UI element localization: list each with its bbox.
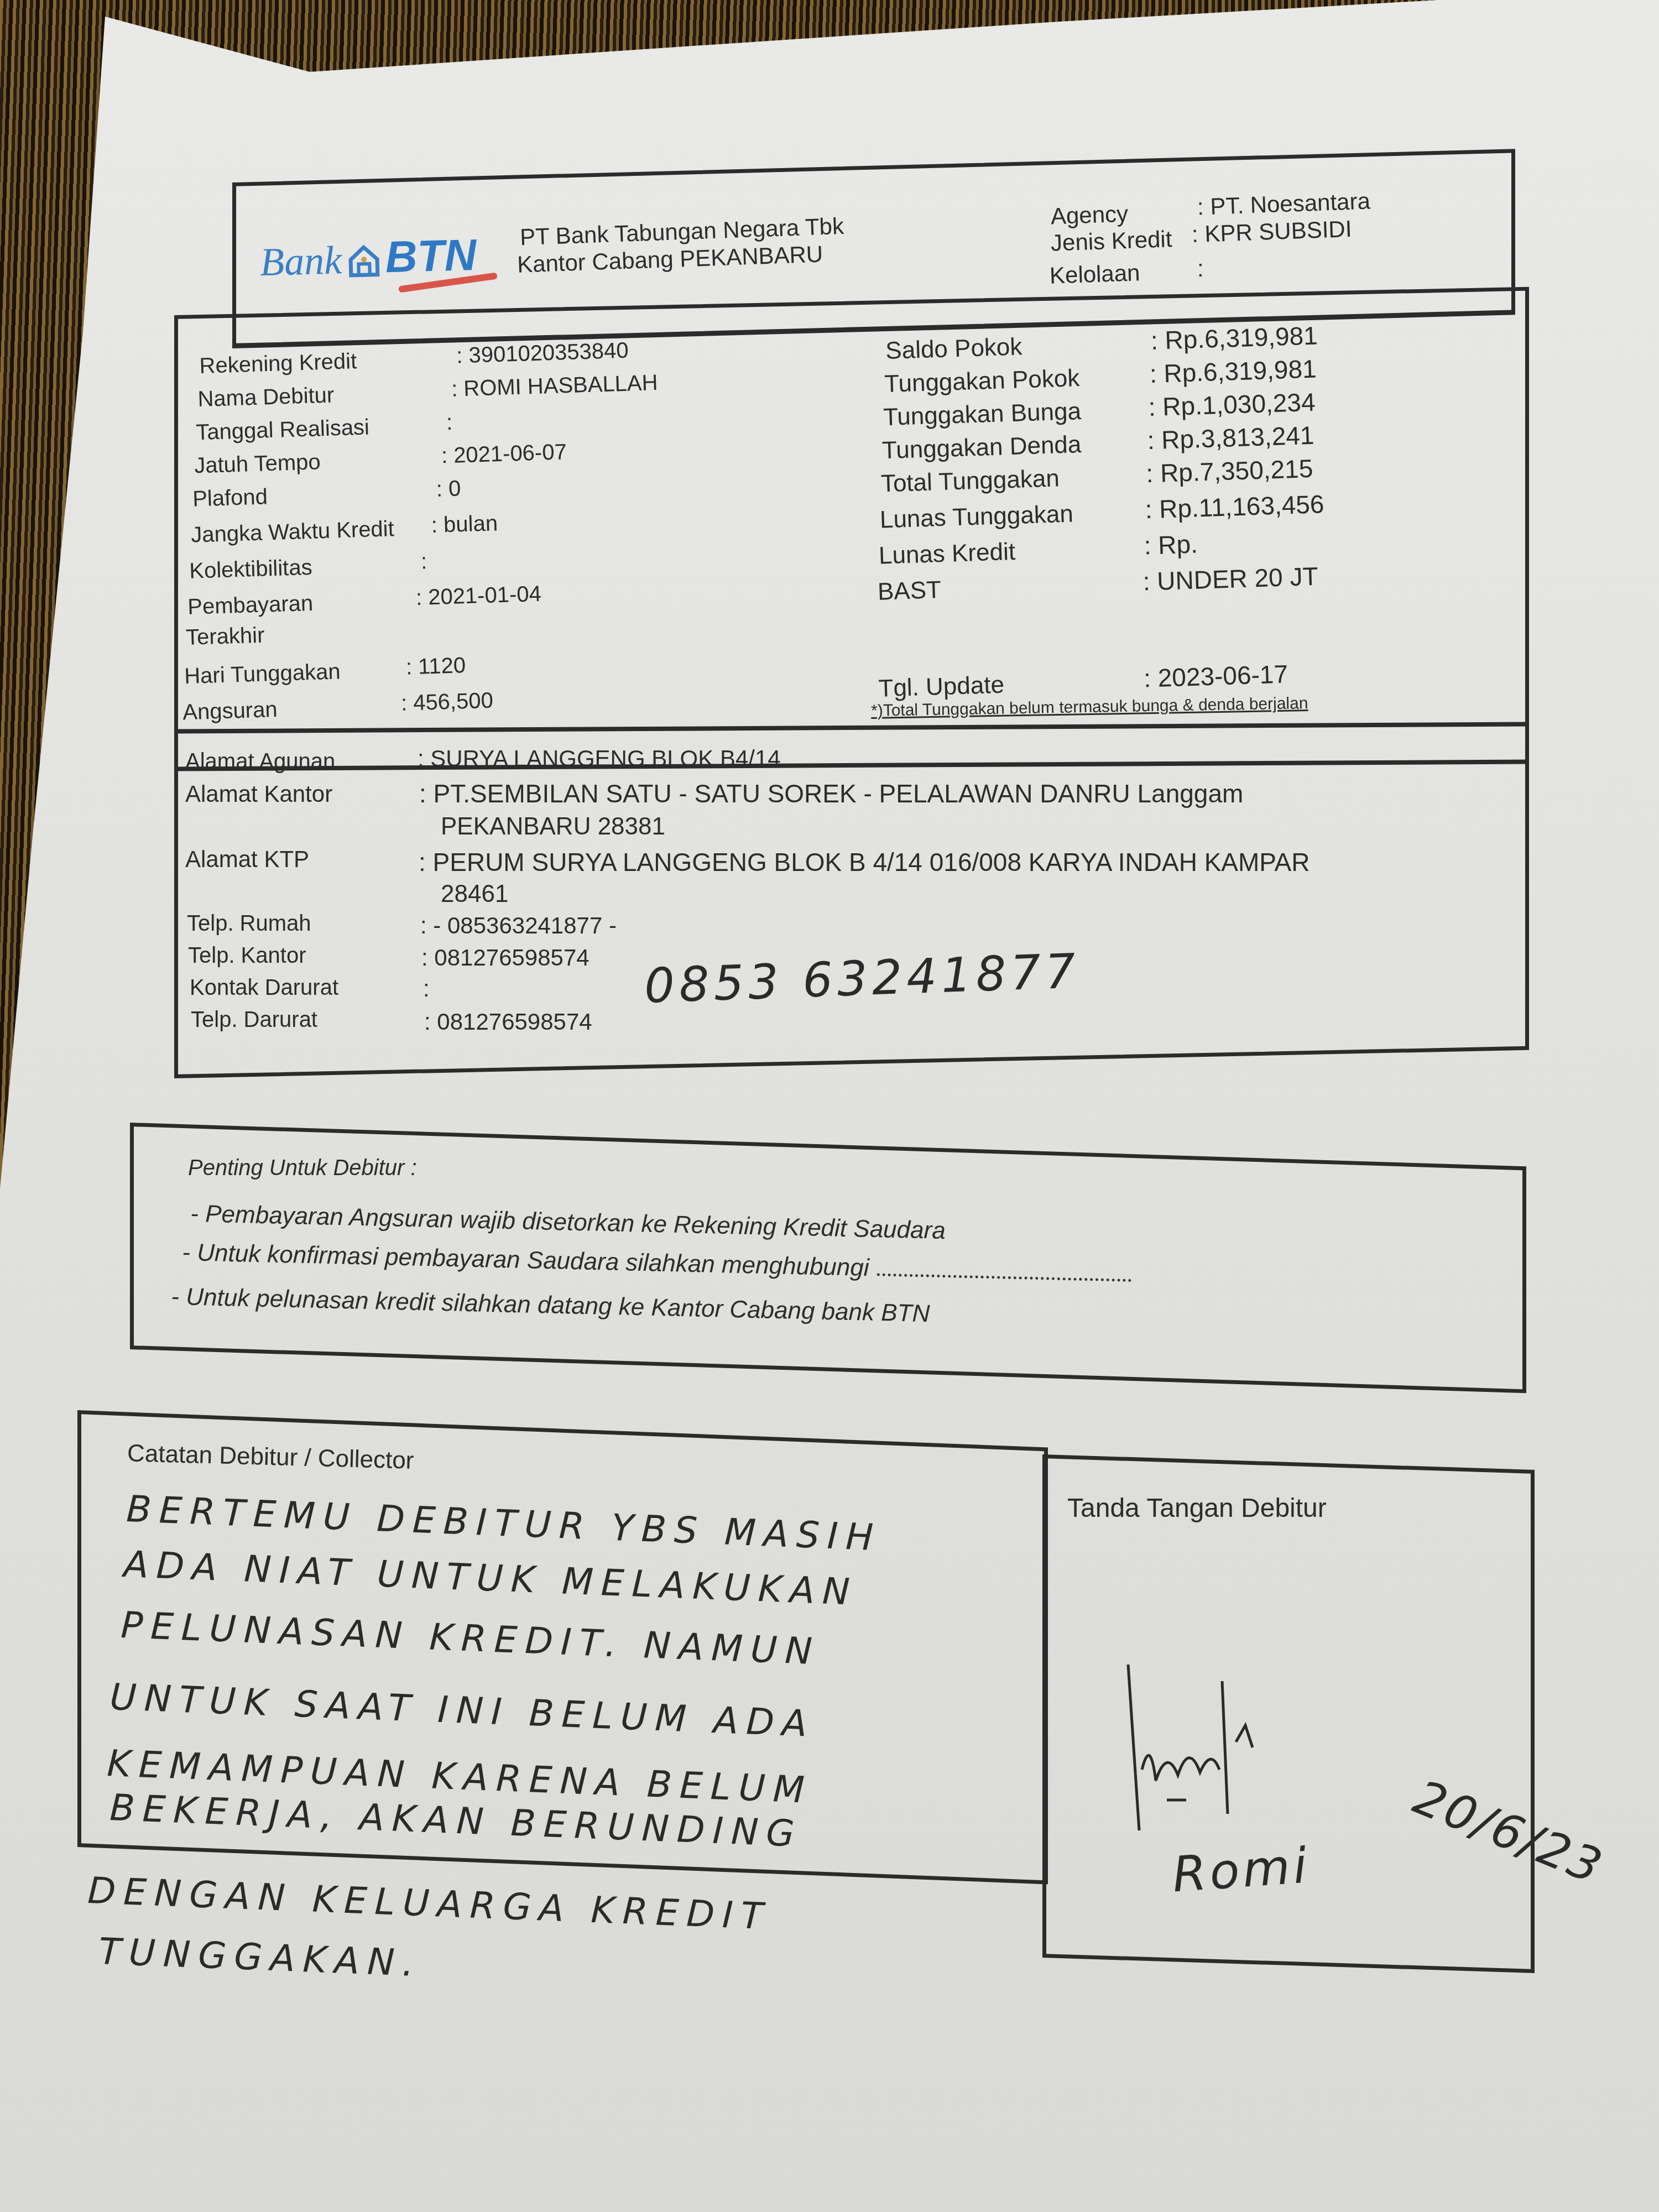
logo-bank-text: Bank — [259, 238, 342, 284]
alamat-kantor-label: Alamat Kantor — [185, 781, 332, 807]
field-value: : bulan — [431, 511, 498, 538]
field-label: Angsuran — [182, 697, 278, 725]
kontak-darurat-value: : — [423, 975, 430, 1002]
field-value: : 2023-06-17 — [1143, 659, 1288, 693]
telp-darurat-value: : 081276598574 — [424, 1009, 592, 1035]
jenis-kredit-value: : KPR SUBSIDI — [1191, 216, 1352, 248]
logo-btn-text: BTN — [385, 230, 477, 281]
notice-title: Penting Untuk Debitur : — [188, 1156, 417, 1181]
field-label: Hari Tunggakan — [184, 659, 341, 689]
alamat-ktp-value-2: 28461 — [441, 880, 508, 908]
alamat-kantor-value-1: : PT.SEMBILAN SATU - SATU SOREK - PELALA… — [419, 779, 1243, 808]
kelolaan-label: Kelolaan — [1049, 259, 1140, 289]
field-label: Lunas Kredit — [878, 538, 1016, 570]
field-value: : 1120 — [405, 653, 466, 680]
agency-label: Agency — [1050, 201, 1129, 230]
telp-kantor-value: : 081276598574 — [421, 945, 589, 971]
field-label: Terakhir — [185, 623, 265, 650]
field-value: : 456,500 — [400, 688, 493, 716]
field-label: Nama Debitur — [197, 383, 335, 412]
alamat-agunan-label: Alamat Agunan — [185, 749, 335, 774]
field-value: : Rp.6,319,981 — [1149, 354, 1317, 389]
field-label: Tgl. Update — [878, 671, 1005, 703]
alamat-kantor-value-2: PEKANBARU 28381 — [441, 813, 665, 841]
alamat-agunan-value: : SURYA LANGGENG BLOK B4/14 — [418, 745, 781, 772]
field-value: : Rp.11,163,456 — [1145, 489, 1325, 524]
telp-rumah-label: Telp. Rumah — [187, 911, 311, 936]
field-label: Saldo Pokok — [885, 333, 1023, 365]
telp-rumah-value: : - 085363241877 - — [420, 912, 617, 939]
field-label: Pembayaran — [187, 591, 314, 620]
field-value: : 2021-06-07 — [441, 440, 567, 468]
field-value: : 0 — [436, 476, 461, 502]
signature-name: Romi — [1171, 1837, 1312, 1903]
kelolaan-value: : — [1197, 255, 1204, 282]
field-label: Rekening Kredit — [199, 349, 357, 379]
field-value: : 2021-01-04 — [415, 582, 541, 611]
jenis-kredit-label: Jenis Kredit — [1050, 226, 1172, 257]
alamat-ktp-label: Alamat KTP — [185, 846, 309, 873]
btn-house-icon — [348, 243, 380, 277]
note-line: TUNGGAKAN. — [98, 1930, 422, 1985]
field-label: Kolektibilitas — [189, 555, 313, 584]
contact-blank-line — [877, 1269, 1131, 1282]
signature-scribble-icon — [1117, 1659, 1283, 1853]
field-label: Plafond — [192, 484, 268, 512]
field-value: : Rp.6,319,981 — [1150, 320, 1318, 355]
note-line: DENGAN KELUARGA KREDIT — [87, 1869, 771, 1938]
field-label: Jatuh Tempo — [194, 450, 321, 478]
field-value: : — [446, 410, 453, 435]
signature-box — [1042, 1454, 1535, 1973]
telp-darurat-label: Telp. Darurat — [191, 1008, 317, 1032]
field-value: : — [420, 549, 427, 574]
field-value: : Rp. — [1144, 529, 1198, 560]
alamat-ktp-value-1: : PERUM SURYA LANGGENG BLOK B 4/14 016/0… — [419, 847, 1310, 877]
signature-title: Tanda Tangan Debitur — [1067, 1493, 1327, 1524]
kontak-darurat-label: Kontak Darurat — [190, 975, 338, 1000]
field-value: : Rp.3,813,241 — [1147, 420, 1314, 455]
field-value: : UNDER 20 JT — [1142, 561, 1318, 597]
document-paper: Bank BTN PT Bank Tabungan Negara Tbk Kan… — [0, 0, 1659, 2212]
telp-kantor-label: Telp. Kantor — [188, 943, 306, 968]
field-value: : Rp.1,030,234 — [1148, 387, 1316, 422]
field-value: : Rp.7,350,215 — [1146, 453, 1313, 488]
field-label: Total Tunggakan — [880, 465, 1060, 498]
bank-logo: Bank BTN — [259, 229, 477, 286]
field-label: BAST — [877, 576, 941, 606]
